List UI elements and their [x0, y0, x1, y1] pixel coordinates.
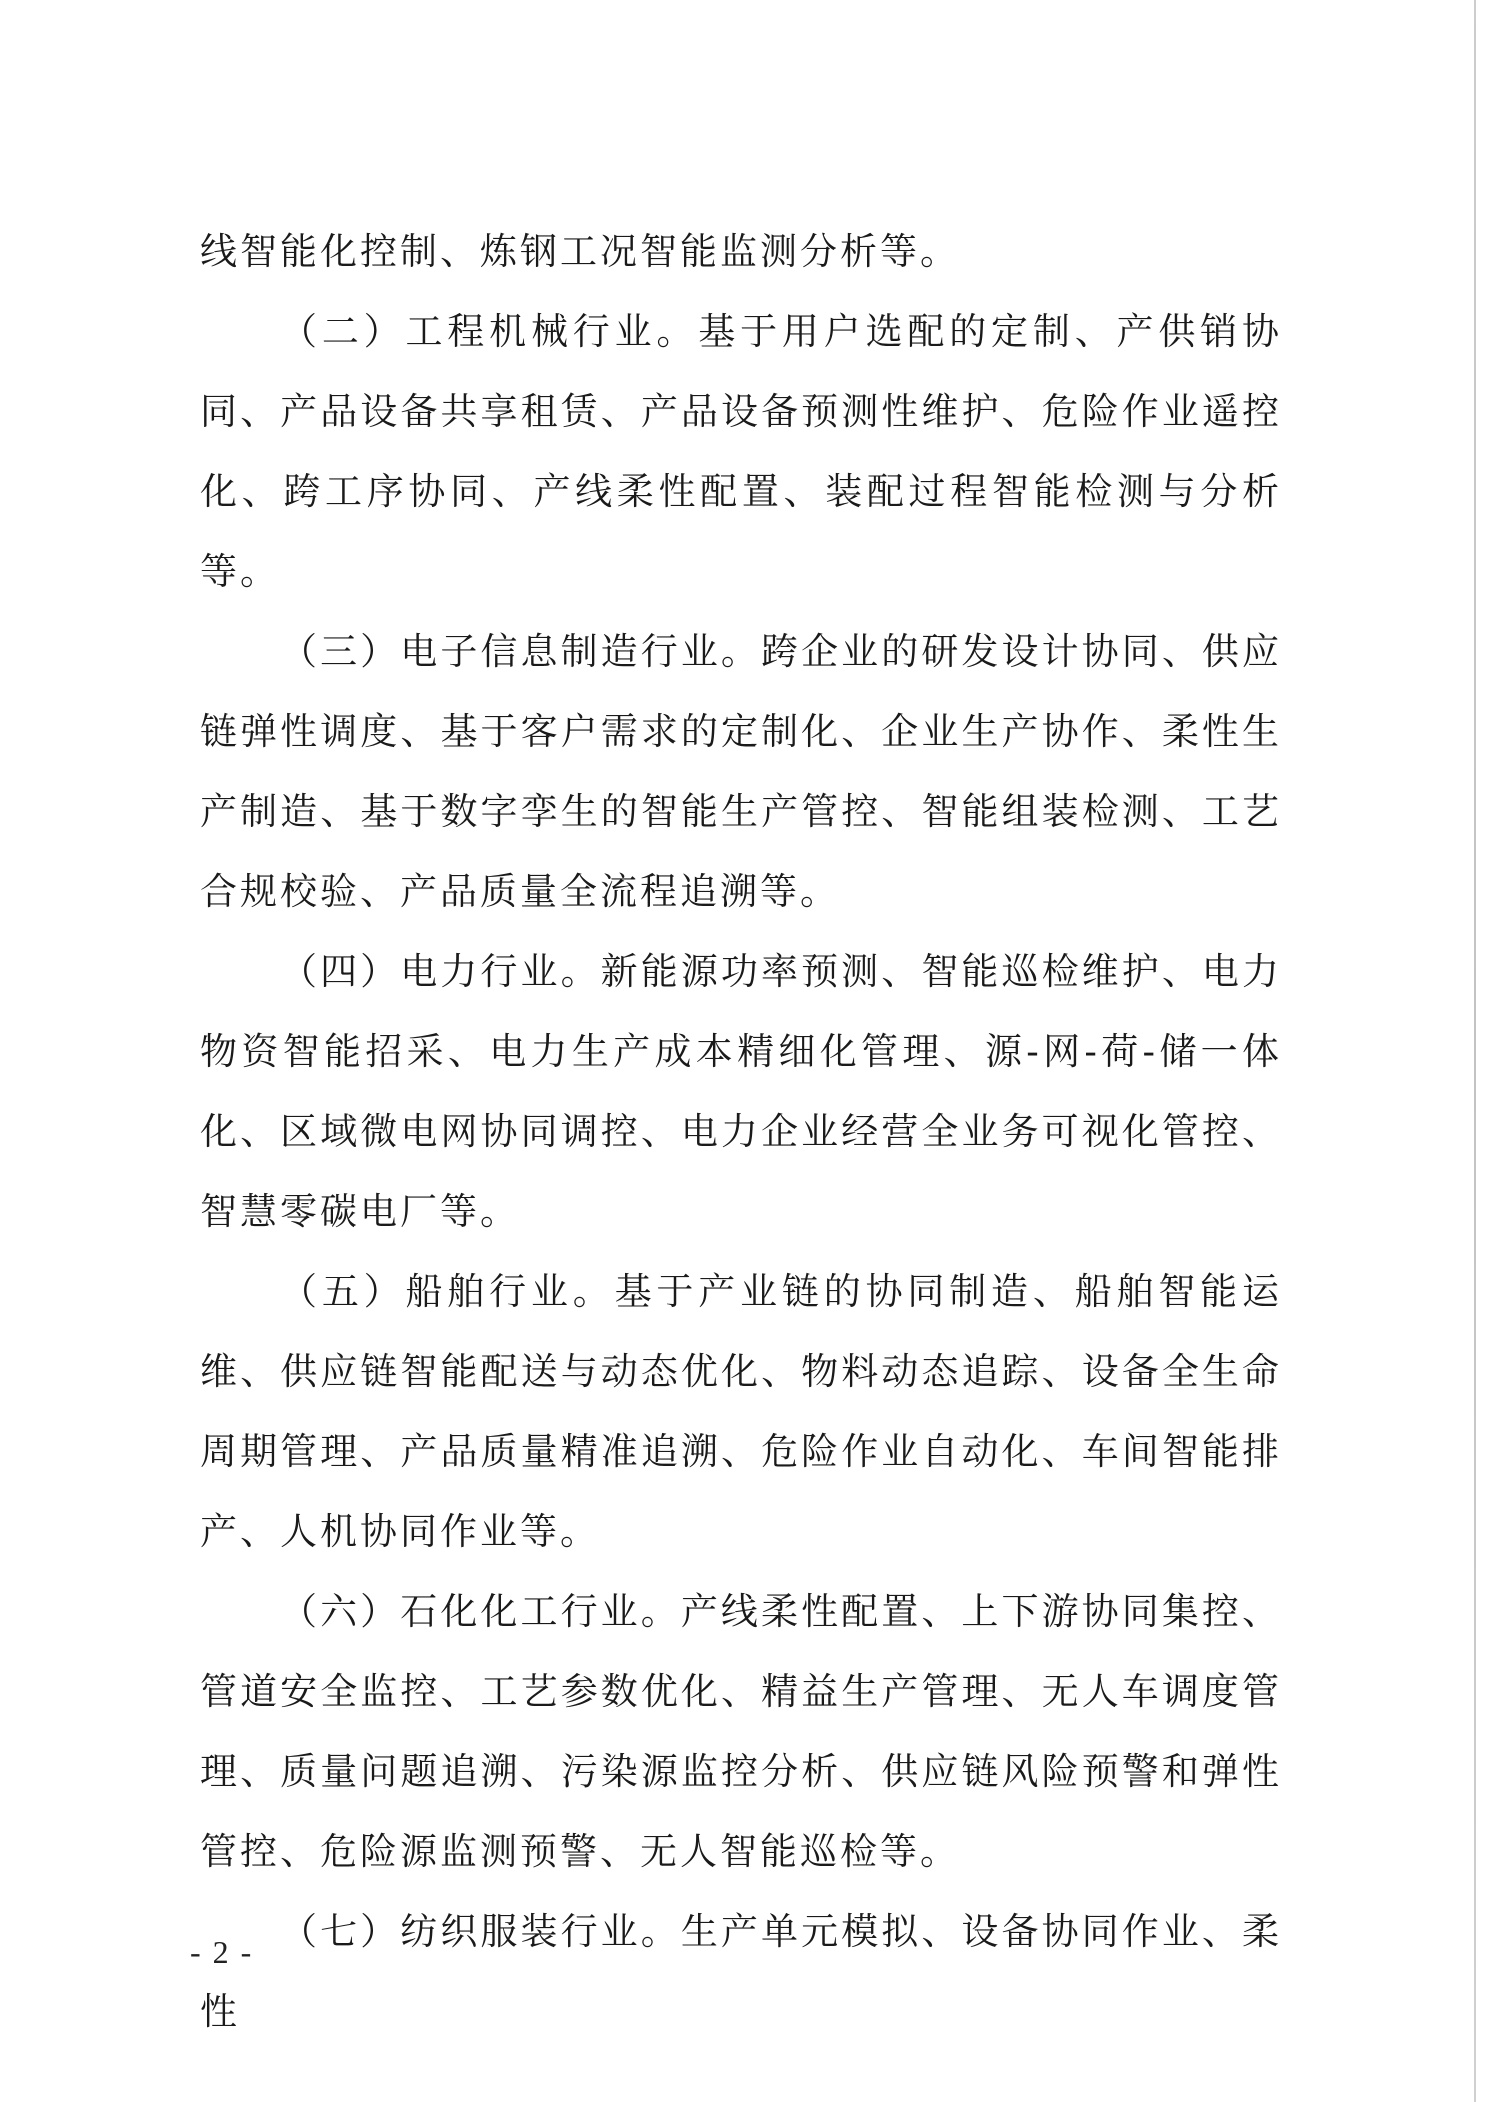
paragraph-electronic-information: （三）电子信息制造行业。跨企业的研发设计协同、供应链弹性调度、基于客户需求的定制…: [200, 612, 1282, 932]
paragraph-shipbuilding: （五）船舶行业。基于产业链的协同制造、船舶智能运维、供应链智能配送与动态优化、物…: [200, 1252, 1282, 1572]
body-text: 线智能化控制、炼钢工况智能监测分析等。 （二）工程机械行业。基于用户选配的定制、…: [200, 212, 1282, 2052]
scan-edge-line: [1474, 0, 1476, 2102]
document-page: 线智能化控制、炼钢工况智能监测分析等。 （二）工程机械行业。基于用户选配的定制、…: [0, 0, 1487, 2102]
paragraph-petrochemical: （六）石化化工行业。产线柔性配置、上下游协同集控、管道安全监控、工艺参数优化、精…: [200, 1572, 1282, 1892]
page-number: - 2 -: [190, 1934, 253, 1971]
paragraph-engineering-machinery: （二）工程机械行业。基于用户选配的定制、产供销协同、产品设备共享租赁、产品设备预…: [200, 292, 1282, 612]
paragraph-textile-apparel: （七）纺织服装行业。生产单元模拟、设备协同作业、柔性: [200, 1892, 1282, 2052]
paragraph-continued: 线智能化控制、炼钢工况智能监测分析等。: [200, 212, 1282, 292]
paragraph-electric-power: （四）电力行业。新能源功率预测、智能巡检维护、电力物资智能招采、电力生产成本精细…: [200, 932, 1282, 1252]
